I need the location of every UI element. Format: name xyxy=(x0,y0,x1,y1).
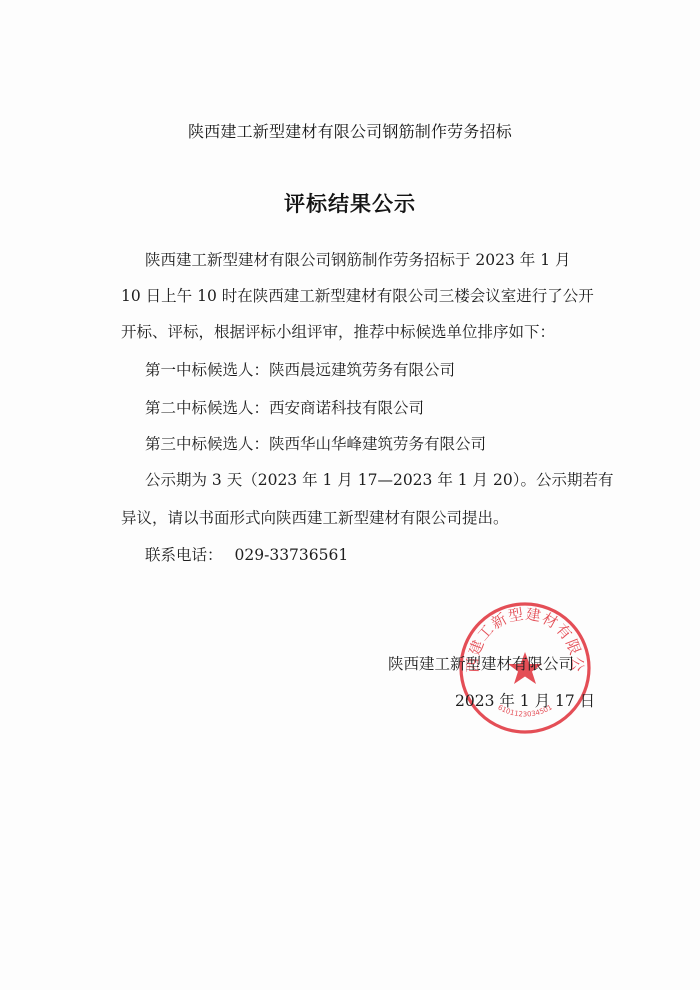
notice-period-line-1: 公示期为 3 天（2023 年 1 月 17—2023 年 1 月 20）。公示… xyxy=(145,468,613,490)
candidate-rank-label: 第一中标候选人： xyxy=(145,361,269,379)
candidate-2: 第二中标候选人：西安商诺科技有限公司 xyxy=(145,396,424,418)
candidate-3: 第三中标候选人：陕西华山华峰建筑劳务有限公司 xyxy=(145,432,486,454)
intro-line-3: 开标、评标，根据评标小组评审，推荐中标候选单位排序如下： xyxy=(121,320,555,342)
candidate-name: 西安商诺科技有限公司 xyxy=(269,399,424,417)
candidate-name: 陕西华山华峰建筑劳务有限公司 xyxy=(269,435,486,453)
signature-date: 2023 年 1 月 17 日 xyxy=(455,689,595,711)
document-title: 陕西建工新型建材有限公司钢筋制作劳务招标 xyxy=(0,119,700,142)
notice-period-line-2: 异议，请以书面形式向陕西建工新型建材有限公司提出。 xyxy=(121,506,509,528)
contact-line: 联系电话：029-33736561 xyxy=(145,543,348,565)
candidate-name: 陕西晨远建筑劳务有限公司 xyxy=(269,361,455,379)
candidate-rank-label: 第二中标候选人： xyxy=(145,399,269,417)
document-subtitle: 评标结果公示 xyxy=(0,188,700,218)
intro-line-2: 10 日上午 10 时在陕西建工新型建材有限公司三楼会议室进行了公开 xyxy=(121,284,594,306)
intro-line-1: 陕西建工新型建材有限公司钢筋制作劳务招标于 2023 年 1 月 xyxy=(145,248,571,270)
contact-phone: 029-33736561 xyxy=(235,546,349,564)
contact-label: 联系电话： xyxy=(145,546,223,564)
signature-company: 陕西建工新型建材有限公司 xyxy=(388,652,574,674)
candidate-1: 第一中标候选人：陕西晨远建筑劳务有限公司 xyxy=(145,358,455,380)
candidate-rank-label: 第三中标候选人： xyxy=(145,435,269,453)
document-page: 陕西建工新型建材有限公司钢筋制作劳务招标 评标结果公示 陕西建工新型建材有限公司… xyxy=(0,0,700,990)
